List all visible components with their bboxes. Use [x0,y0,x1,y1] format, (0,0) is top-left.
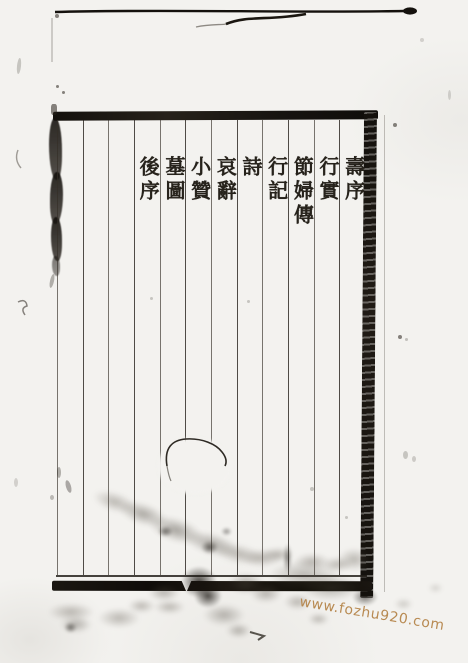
left-edge-squiggle [17,150,21,168]
ink-smudge [128,599,155,613]
ink-spot [221,527,232,536]
scan-ghost-line [384,115,385,592]
ink-spot [158,526,173,537]
toc-column-label: 行記 [266,156,286,575]
scan-speck [57,467,61,478]
scan-speck [49,274,56,289]
scan-faded-area [158,438,232,494]
scan-speck [420,38,424,42]
scan-speck [150,297,153,300]
top-scratch-blob [403,7,417,14]
scan-speck [310,487,314,491]
ink-smudge [338,548,370,571]
ink-spot [201,541,218,554]
toc-column-label: 哀辭 [214,156,234,575]
scan-speck [62,91,65,94]
ink-smudge [308,613,329,625]
scan-speck [51,104,57,115]
toc-column: 行實 [314,120,340,575]
top-swoosh-tail [196,24,227,27]
bottom-arrow-smudge [250,632,264,640]
ink-smudge [226,623,251,638]
toc-column-label: 節婦傳 [291,156,311,575]
top-swoosh-stroke [226,14,306,24]
scan-speck [14,478,18,487]
scan-speck [405,338,408,341]
scan-speck [230,186,233,189]
scan-speck [412,456,416,462]
top-scratch-line [55,11,404,12]
ink-smudge [148,584,180,601]
toc-column: 節婦傳 [288,120,314,575]
scan-speck [247,300,250,303]
scan-speck [55,14,59,18]
scan-speck [345,516,348,519]
toc-column: 壽序 [339,120,365,575]
scan-speck [403,451,408,459]
ink-smudge [154,600,185,614]
ink-smudge [428,583,443,593]
toc-column-label: 墓圖 [163,156,183,575]
toc-column: 墓圖 [160,120,186,575]
ink-spot [64,622,77,633]
toc-column-label: 詩 [240,156,260,575]
ink-smudge [250,584,282,603]
toc-column: 詩 [237,120,263,575]
scan-speck [448,90,451,100]
scan-speck [50,495,54,500]
scanned-page: 壽序 行實 節婦傳 行記 詩 哀辭 小贊 墓圖 後序 [0,0,468,663]
scan-speck [16,58,22,74]
scan-speck [398,335,402,339]
left-margin-squiggle [50,66,54,81]
toc-column-label: 壽序 [343,156,363,575]
toc-column: 行記 [262,120,288,575]
toc-column [57,120,83,575]
scan-speck [393,123,397,127]
toc-column-label: 行實 [317,156,337,575]
left-edge-mark [18,301,27,315]
toc-column: 小贊 [185,120,211,575]
ink-smudge [394,598,413,610]
toc-column-label: 小贊 [189,156,209,575]
scan-speck [56,85,59,88]
